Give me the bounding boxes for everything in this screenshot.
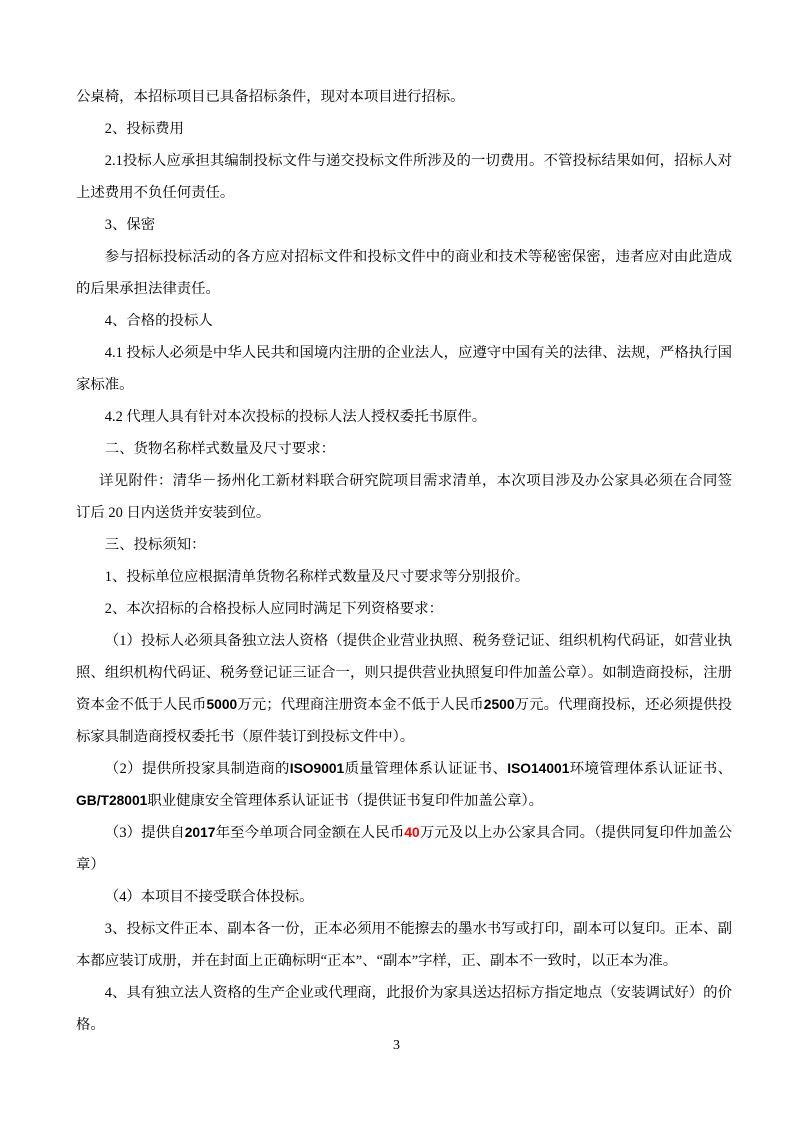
text-run: 参与招标投标活动的各方应对招标文件和投标文件中的商业和技术等秘密保密，违者应对由… xyxy=(76,249,732,297)
paragraph-instruction-2: 2、本次招标的合格投标人应同时满足下列资格要求： xyxy=(76,593,732,625)
text-run: 年至今单项合同金额在人民币 xyxy=(215,825,404,841)
document-body: 公桌椅，本招标项目已具备招标条件，现对本项目进行招标。 2、投标费用 2.1投标… xyxy=(76,81,732,1041)
heading-bid-costs: 2、投标费用 xyxy=(76,113,732,145)
paragraph-confidentiality-detail: 参与招标投标活动的各方应对招标文件和投标文件中的商业和技术等秘密保密，违者应对由… xyxy=(76,241,732,305)
text-run: 3、投标文件正本、副本各一份，正本必须用不能擦去的墨水书写或打印，副本可以复印。… xyxy=(76,921,732,969)
emphasis-number: 2500 xyxy=(484,697,515,712)
paragraph-instruction-4: 4、具有独立法人资格的生产企业或代理商，此报价为家具送达招标方指定地点（安装调试… xyxy=(76,977,732,1041)
text-run: 三、投标须知： xyxy=(105,537,206,553)
paragraph-bidder-requirement-4-2: 4.2 代理人具有针对本次投标的投标人法人授权委托书原件。 xyxy=(76,401,732,433)
paragraph-qualification-2: （2）提供所投家具制造商的ISO9001质量管理体系认证证书、ISO14001环… xyxy=(76,753,732,817)
emphasis-number: ISO14001 xyxy=(507,761,569,776)
text-run: 公桌椅，本招标项目已具备招标条件，现对本项目进行招标。 xyxy=(76,89,465,105)
text-run: 4.1 投标人必须是中华人民共和国境内注册的企业法人，应遵守中国有关的法律、法规… xyxy=(76,345,732,393)
document-page: 公桌椅，本招标项目已具备招标条件，现对本项目进行招标。 2、投标费用 2.1投标… xyxy=(0,0,793,1122)
text-run: 质量管理体系认证证书、 xyxy=(344,761,507,777)
paragraph-qualification-4: （4）本项目不接受联合体投标。 xyxy=(76,881,732,913)
text-run: 职业健康安全管理体系认证证书（提供证书复印件加盖公章）。 xyxy=(147,793,543,809)
text-run: 二、货物名称样式数量及尺寸要求： xyxy=(105,441,335,457)
text-run: 4.2 代理人具有针对本次投标的投标人法人授权委托书原件。 xyxy=(105,409,486,425)
page-number: 3 xyxy=(0,1036,793,1056)
paragraph-bid-costs-detail: 2.1投标人应承担其编制投标文件与递交投标文件所涉及的一切费用。不管投标结果如何… xyxy=(76,145,732,209)
text-run: 3、保密 xyxy=(105,217,155,233)
emphasis-number: 2017 xyxy=(185,825,216,840)
text-run: （2）提供所投家具制造商的 xyxy=(105,761,290,777)
text-run: （3）提供自 xyxy=(105,825,185,841)
emphasis-number: GB/T28001 xyxy=(76,793,147,808)
text-run: 环境管理体系认证证书、 xyxy=(569,761,732,777)
text-run: 详见附件：清华－扬州化工新材料联合研究院项目需求清单，本次项目涉及办公家具必须在… xyxy=(76,473,732,521)
text-run: 2.1投标人应承担其编制投标文件与递交投标文件所涉及的一切费用。不管投标结果如何… xyxy=(76,153,732,201)
text-run: 4、合格的投标人 xyxy=(105,313,213,329)
paragraph-goods-attachment: 详见附件：清华－扬州化工新材料联合研究院项目需求清单，本次项目涉及办公家具必须在… xyxy=(76,465,732,529)
emphasis-number: 5000 xyxy=(207,697,238,712)
heading-confidentiality: 3、保密 xyxy=(76,209,732,241)
heading-qualified-bidders: 4、合格的投标人 xyxy=(76,305,732,337)
heading-goods-requirements: 二、货物名称样式数量及尺寸要求： xyxy=(76,433,732,465)
paragraph-intro-continuation: 公桌椅，本招标项目已具备招标条件，现对本项目进行招标。 xyxy=(76,81,732,113)
paragraph-instruction-1: 1、投标单位应根据清单货物名称样式数量及尺寸要求等分别报价。 xyxy=(76,561,732,593)
text-run: 万元；代理商注册资本金不低于人民币 xyxy=(237,697,484,713)
text-run: 2、投标费用 xyxy=(105,121,184,137)
paragraph-instruction-3: 3、投标文件正本、副本各一份，正本必须用不能擦去的墨水书写或打印，副本可以复印。… xyxy=(76,913,732,977)
text-run: 2、本次招标的合格投标人应同时满足下列资格要求： xyxy=(105,601,443,617)
text-run: 1、投标单位应根据清单货物名称样式数量及尺寸要求等分别报价。 xyxy=(105,569,530,585)
heading-bid-instructions: 三、投标须知： xyxy=(76,529,732,561)
emphasis-number: 40 xyxy=(404,825,419,840)
text-run: （4）本项目不接受联合体投标。 xyxy=(105,889,314,905)
paragraph-qualification-3: （3）提供自2017年至今单项合同金额在人民币40万元及以上办公家具合同。（提供… xyxy=(76,817,732,881)
paragraph-bidder-requirement-4-1: 4.1 投标人必须是中华人民共和国境内注册的企业法人，应遵守中国有关的法律、法规… xyxy=(76,337,732,401)
paragraph-qualification-1: （1）投标人必须具备独立法人资格（提供企业营业执照、税务登记证、组织机构代码证，… xyxy=(76,625,732,753)
emphasis-number: ISO9001 xyxy=(290,761,344,776)
text-run: 4、具有独立法人资格的生产企业或代理商，此报价为家具送达招标方指定地点（安装调试… xyxy=(76,985,732,1033)
